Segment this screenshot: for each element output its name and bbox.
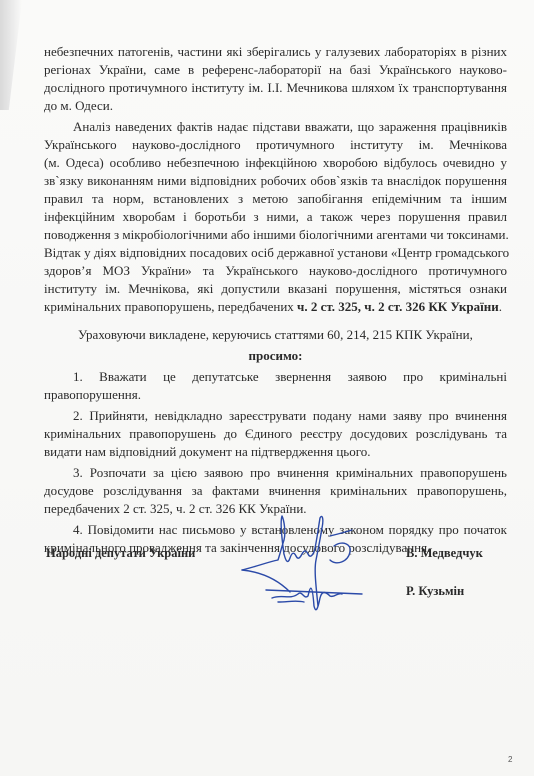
analysis-line-7: поводження з мікробіологічними або іншим… <box>44 227 507 243</box>
analysis-line-1: Аналіз наведених фактів надає підстави в… <box>73 119 507 135</box>
page-number: 2 <box>508 755 512 764</box>
handwritten-signature <box>238 510 368 620</box>
document-page: небезпечних патогенів, частини які збері… <box>0 0 534 776</box>
intro-line-4: до м. Одеси. <box>44 98 113 114</box>
analysis-line-2: Українського науково-дослідного протичум… <box>44 137 507 153</box>
page-fold-shadow <box>0 0 22 110</box>
request-3-line-1: 3. Розпочати за цією заявою про вчинення… <box>73 465 507 481</box>
analysis-line-11: кримінальних правопорушень, передбачених… <box>44 299 502 315</box>
signatory-title: Народні депутати України <box>46 545 195 561</box>
request-2-line-3: видати нам відповідний документ на підтв… <box>44 444 371 460</box>
signer-medvedchuk: В. Медведчук <box>406 545 483 561</box>
analysis-line-9: здоров’я МОЗ України» та Українського на… <box>44 263 507 279</box>
intro-line-1: небезпечних патогенів, частини які збері… <box>44 44 507 60</box>
analysis-line-3: (м. Одеса) особливо небезпечною інфекцій… <box>44 155 507 171</box>
intro-line-3: дослідного протичумного інституту ім. І.… <box>44 80 507 96</box>
request-heading: просимо: <box>44 348 507 364</box>
request-1-line-2: правопорушення. <box>44 387 141 403</box>
criminal-code-reference: ч. 2 ст. 325, ч. 2 ст. 326 КК України <box>297 299 499 314</box>
analysis-last-suffix: . <box>499 299 502 314</box>
analysis-line-8: Відтак у діях відповідних посадових осіб… <box>44 245 507 261</box>
analysis-line-5: правил та норм, встановлених з метою зап… <box>44 191 507 207</box>
analysis-line-4: зв`язку виконанням ними відповідних робо… <box>44 173 507 189</box>
request-1-line-1: 1. Вважати це депутатське звернення заяв… <box>73 369 507 385</box>
request-2-line-2: кримінальних правопорушень до Єдиного ре… <box>44 426 507 442</box>
request-3-line-2: досудове розслідування за фактами вчинен… <box>44 483 507 499</box>
intro-line-2: регіонах України, саме в референс-лабора… <box>44 62 507 78</box>
request-2-line-1: 2. Прийняти, невідкладно зареєструвати п… <box>73 408 507 424</box>
analysis-line-6: інфекційним хворобам і боротьби з ними, … <box>44 209 507 225</box>
considering-statement: Ураховуючи викладене, керуючись статтями… <box>78 327 473 343</box>
analysis-last-prefix: кримінальних правопорушень, передбачених <box>44 299 297 314</box>
signer-kuzmin: Р. Кузьмін <box>406 583 464 599</box>
analysis-line-10: інституту ім. Мечнікова, які допустили в… <box>44 281 507 297</box>
